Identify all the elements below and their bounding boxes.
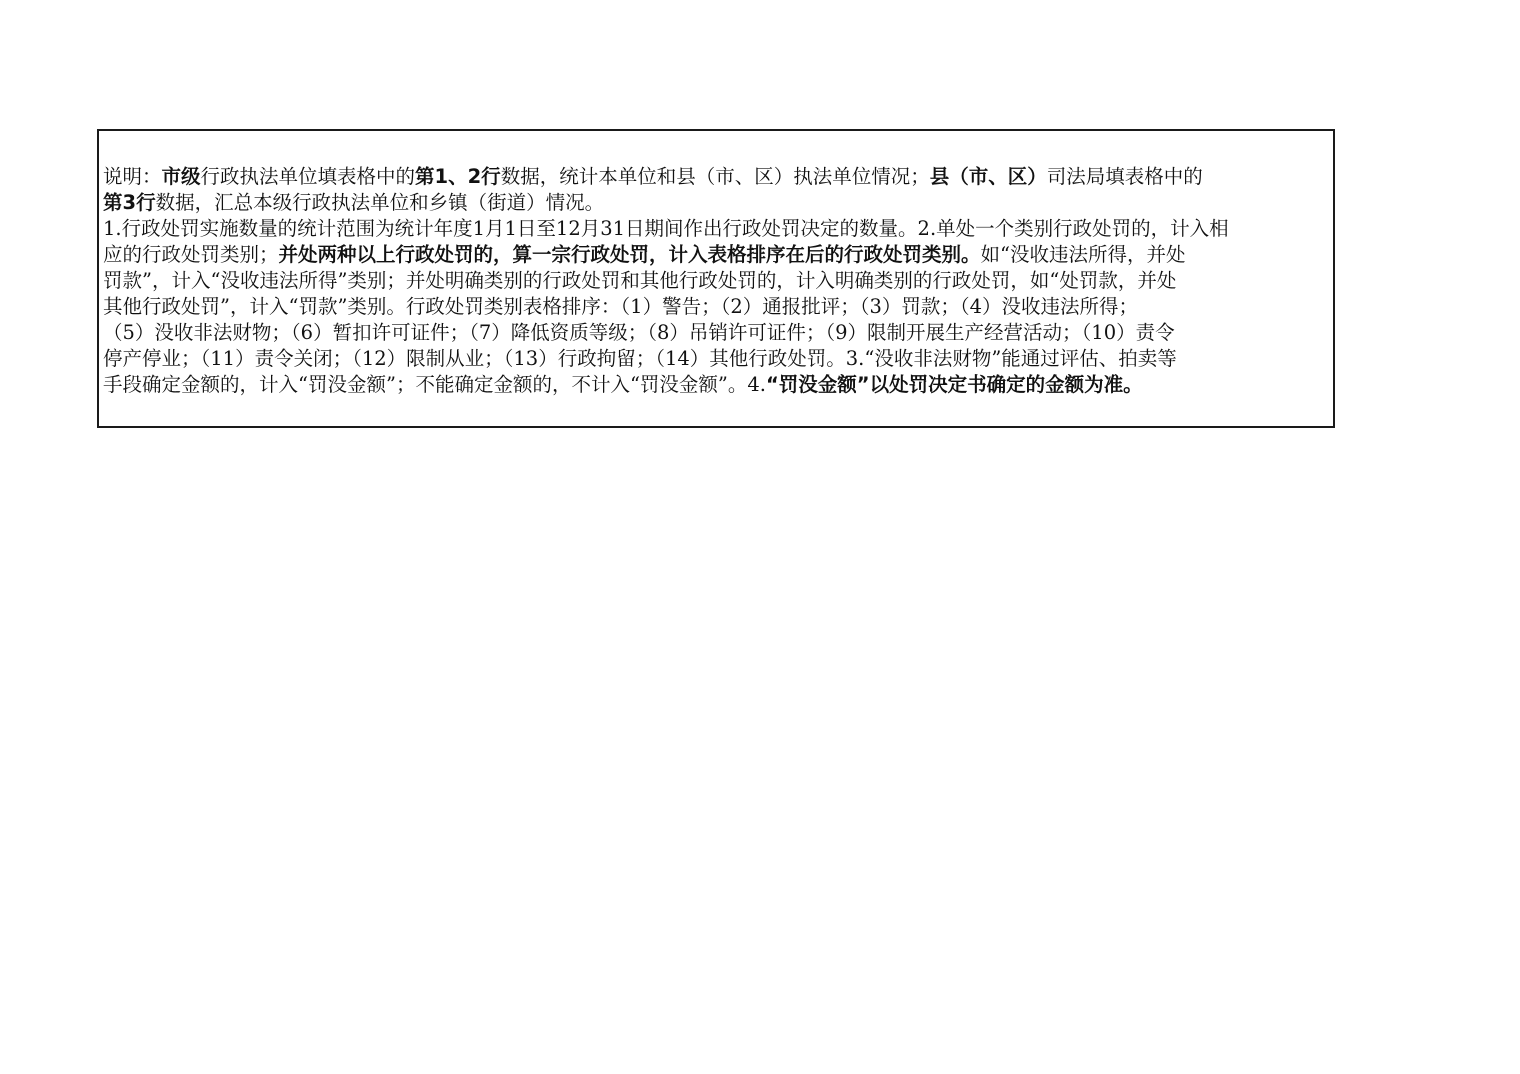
text-segment: 停产停业；（11）责令关闭；（12）限制从业；（13）行政拘留；（14）其他行政…: [103, 347, 1177, 370]
text-segment: 司法局填表格中的: [1047, 165, 1203, 188]
text-line-6: 其他行政处罚”，计入“罚款”类别。行政处罚类别表格排序：（1）警告；（2）通报批…: [103, 294, 1339, 320]
label-explanation: 说明：: [103, 165, 162, 188]
text-segment: 数据，统计本单位和县（市、区）执法单位情况；: [501, 165, 930, 188]
text-segment: （5）没收非法财物；（6）暂扣许可证件；（7）降低资质等级；（8）吊销许可证件；…: [103, 321, 1175, 344]
text-line-3: 1.行政处罚实施数量的统计范围为统计年度1月1日至12月31日期间作出行政处罚决…: [103, 216, 1339, 242]
text-segment: 如“没收违法所得，并处: [981, 243, 1186, 266]
text-line-5: 罚款”，计入“没收违法所得”类别；并处明确类别的行政处罚和其他行政处罚的，计入明…: [103, 268, 1339, 294]
emphasis-amount-rule: “罚没金额”以处罚决定书确定的金额为准。: [766, 373, 1143, 396]
text-segment: 其他行政处罚”，计入“罚款”类别。行政处罚类别表格排序：（1）警告；（2）通报批…: [103, 295, 1138, 318]
text-line-8: 停产停业；（11）责令关闭；（12）限制从业；（13）行政拘留；（14）其他行政…: [103, 346, 1339, 372]
text-line-2: 第3行数据，汇总本级行政执法单位和乡镇（街道）情况。: [103, 190, 1339, 216]
emphasis-city-level: 市级: [162, 165, 201, 188]
emphasis-rows-1-2: 第1、2行: [415, 165, 501, 188]
text-segment: 罚款”，计入“没收违法所得”类别；并处明确类别的行政处罚和其他行政处罚的，计入明…: [103, 269, 1176, 292]
text-segment: 1.行政处罚实施数量的统计范围为统计年度1月1日至12月31日期间作出行政处罚决…: [103, 217, 1229, 240]
instructions-box: 说明：市级行政执法单位填表格中的第1、2行数据，统计本单位和县（市、区）执法单位…: [97, 129, 1335, 428]
instructions-text: 说明：市级行政执法单位填表格中的第1、2行数据，统计本单位和县（市、区）执法单位…: [103, 164, 1339, 398]
emphasis-county: 县（市、区）: [930, 165, 1047, 188]
emphasis-row-3: 第3行: [103, 191, 156, 214]
text-line-1: 说明：市级行政执法单位填表格中的第1、2行数据，统计本单位和县（市、区）执法单位…: [103, 164, 1339, 190]
text-segment: 应的行政处罚类别；: [103, 243, 279, 266]
text-line-7: （5）没收非法财物；（6）暂扣许可证件；（7）降低资质等级；（8）吊销许可证件；…: [103, 320, 1339, 346]
text-line-4: 应的行政处罚类别；并处两种以上行政处罚的，算一宗行政处罚，计入表格排序在后的行政…: [103, 242, 1339, 268]
emphasis-combined-penalty-rule: 并处两种以上行政处罚的，算一宗行政处罚，计入表格排序在后的行政处罚类别。: [279, 243, 981, 266]
text-line-9: 手段确定金额的，计入“罚没金额”；不能确定金额的，不计入“罚没金额”。4.“罚没…: [103, 372, 1339, 398]
text-segment: 手段确定金额的，计入“罚没金额”；不能确定金额的，不计入“罚没金额”。4.: [103, 373, 766, 396]
text-segment: 数据，汇总本级行政执法单位和乡镇（街道）情况。: [156, 191, 605, 214]
text-segment: 行政执法单位填表格中的: [201, 165, 416, 188]
